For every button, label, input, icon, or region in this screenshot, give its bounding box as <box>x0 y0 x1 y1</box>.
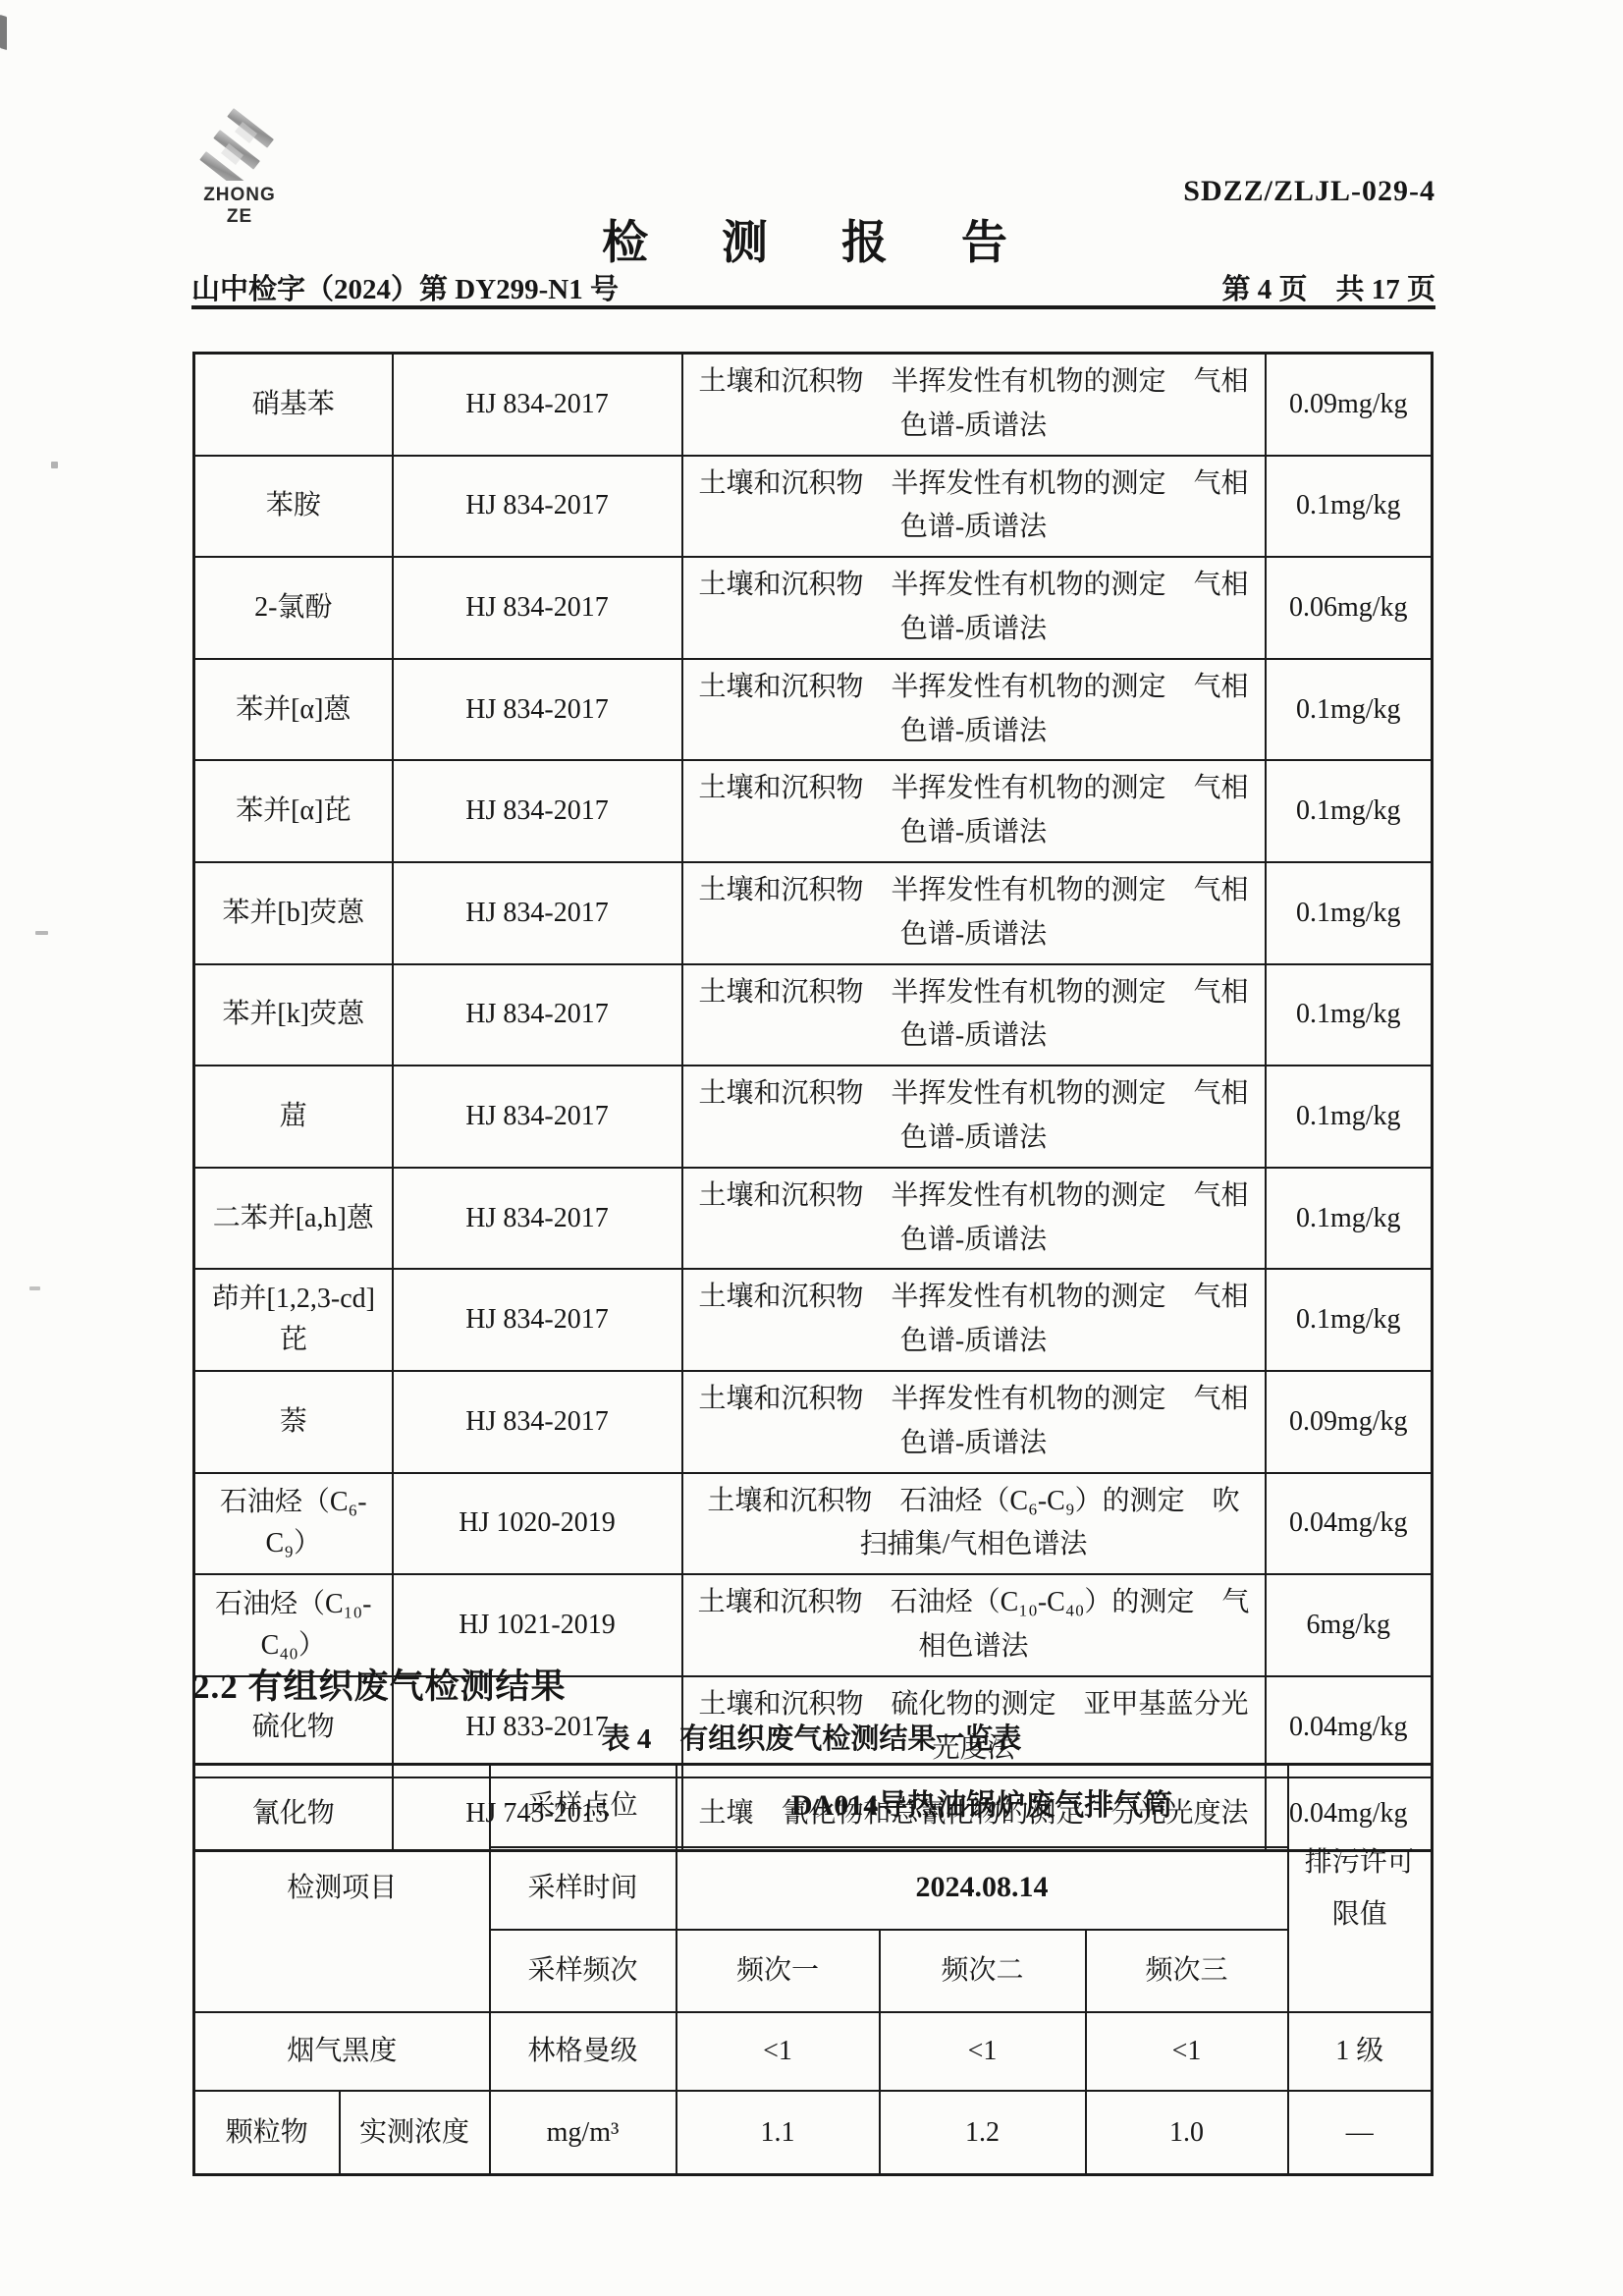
header-rule <box>191 305 1435 309</box>
limit-cell: 0.1mg/kg <box>1266 456 1433 558</box>
method-cell: 土壤和沉积物 半挥发性有机物的测定 气相色谱-质谱法 <box>682 1371 1266 1473</box>
table-row: 硝基苯 HJ 834-2017 土壤和沉积物 半挥发性有机物的测定 气相色谱-质… <box>194 354 1433 456</box>
scan-artifact <box>29 1286 40 1290</box>
document-code: SDZZ/ZLJL-029-4 <box>1183 175 1435 208</box>
analyte-cell: 䓛 <box>194 1066 393 1168</box>
analyte-cell: 2-氯酚 <box>194 557 393 659</box>
permit-limit-header-cell: 排污许可限值 <box>1288 1765 1433 2012</box>
page-indicator: 第 4 页 共 17 页 <box>1221 267 1435 307</box>
method-cell: 土壤和沉积物 半挥发性有机物的测定 气相色谱-质谱法 <box>682 1168 1266 1270</box>
report-meta-row: 山中检字（2024）第 DY299-N1 号 第 4 页 共 17 页 <box>191 267 1435 307</box>
sampling-time-label: 采样时间 <box>490 1847 676 1930</box>
page-title: 检 测 报 告 <box>0 206 1623 272</box>
table-row: 苯并[b]荧蒽 HJ 834-2017 土壤和沉积物 半挥发性有机物的测定 气相… <box>194 862 1433 964</box>
table4-caption: 表 4 有组织废气检测结果一览表 <box>192 1717 1431 1757</box>
table-row: 茚并[1,2,3-cd]芘 HJ 834-2017 土壤和沉积物 半挥发性有机物… <box>194 1269 1433 1371</box>
unit-cell: 林格曼级 <box>490 2012 676 2091</box>
standard-cell: HJ 834-2017 <box>393 456 682 558</box>
table-row: 䓛 HJ 834-2017 土壤和沉积物 半挥发性有机物的测定 气相色谱-质谱法… <box>194 1066 1433 1168</box>
method-cell: 土壤和沉积物 半挥发性有机物的测定 气相色谱-质谱法 <box>682 862 1266 964</box>
standard-cell: HJ 834-2017 <box>393 964 682 1066</box>
emission-results-table: 检测项目 采样点位 DA014导热油锅炉废气排气筒 排污许可限值 采样时间 20… <box>192 1763 1434 2176</box>
item-cell: 颗粒物 <box>194 2091 340 2175</box>
value-cell: <1 <box>880 2012 1086 2091</box>
table-row: 苯胺 HJ 834-2017 土壤和沉积物 半挥发性有机物的测定 气相色谱-质谱… <box>194 456 1433 558</box>
sampling-freq-label: 采样频次 <box>490 1930 676 2012</box>
sampling-time-value: 2024.08.14 <box>676 1847 1288 1930</box>
standard-cell: HJ 834-2017 <box>393 1269 682 1371</box>
limit-cell: 0.06mg/kg <box>1266 557 1433 659</box>
method-cell: 土壤和沉积物 石油烃（C₁₀-C₄₀）的测定 气相色谱法 <box>682 1574 1266 1676</box>
sampling-point-value: DA014导热油锅炉废气排气筒 <box>676 1765 1288 1847</box>
analyte-cell: 苯胺 <box>194 456 393 558</box>
standard-cell: HJ 834-2017 <box>393 1168 682 1270</box>
limit-cell: 0.1mg/kg <box>1266 1269 1433 1371</box>
limit-cell: 6mg/kg <box>1266 1574 1433 1676</box>
sub-item-cell: 实测浓度 <box>340 2091 490 2175</box>
method-cell: 土壤和沉积物 半挥发性有机物的测定 气相色谱-质谱法 <box>682 456 1266 558</box>
value-cell: 1.0 <box>1086 2091 1288 2175</box>
method-cell: 土壤和沉积物 半挥发性有机物的测定 气相色谱-质谱法 <box>682 659 1266 761</box>
report-number: 山中检字（2024）第 DY299-N1 号 <box>191 267 619 307</box>
table-row: 烟气黑度 林格曼级 <1 <1 <1 1 级 <box>194 2012 1433 2091</box>
table-row: 颗粒物 实测浓度 mg/m³ 1.1 1.2 1.0 — <box>194 2091 1433 2175</box>
limit-cell: 0.1mg/kg <box>1266 760 1433 862</box>
method-cell: 土壤和沉积物 半挥发性有机物的测定 气相色谱-质谱法 <box>682 354 1266 456</box>
value-cell: 1.1 <box>676 2091 880 2175</box>
value-cell: <1 <box>1086 2012 1288 2091</box>
scan-artifact <box>51 462 58 468</box>
project-header-cell: 检测项目 <box>194 1765 490 2012</box>
limit-cell: — <box>1288 2091 1433 2175</box>
limit-cell: 0.1mg/kg <box>1266 659 1433 761</box>
method-cell: 土壤和沉积物 半挥发性有机物的测定 气相色谱-质谱法 <box>682 1269 1266 1371</box>
analyte-cell: 茚并[1,2,3-cd]芘 <box>194 1269 393 1371</box>
scan-artifact <box>0 15 7 50</box>
standard-cell: HJ 834-2017 <box>393 862 682 964</box>
standard-cell: HJ 834-2017 <box>393 557 682 659</box>
table-row: 二苯并[a,h]蒽 HJ 834-2017 土壤和沉积物 半挥发性有机物的测定 … <box>194 1168 1433 1270</box>
limit-cell: 0.1mg/kg <box>1266 1168 1433 1270</box>
unit-cell: mg/m³ <box>490 2091 676 2175</box>
limit-cell: 0.04mg/kg <box>1266 1473 1433 1575</box>
analyte-cell: 苯并[α]蒽 <box>194 659 393 761</box>
freq-2-header: 频次二 <box>880 1930 1086 2012</box>
method-cell: 土壤和沉积物 石油烃（C₆-C₉）的测定 吹扫捕集/气相色谱法 <box>682 1473 1266 1575</box>
zhongze-logo-icon <box>198 106 281 181</box>
table-row: 石油烃（C₆-C₉） HJ 1020-2019 土壤和沉积物 石油烃（C₆-C₉… <box>194 1473 1433 1575</box>
standard-cell: HJ 834-2017 <box>393 659 682 761</box>
analyte-cell: 萘 <box>194 1371 393 1473</box>
analyte-cell: 二苯并[a,h]蒽 <box>194 1168 393 1270</box>
table-row: 2-氯酚 HJ 834-2017 土壤和沉积物 半挥发性有机物的测定 气相色谱-… <box>194 557 1433 659</box>
analyte-cell: 苯并[k]荧蒽 <box>194 964 393 1066</box>
report-page: ZHONG ZE SDZZ/ZLJL-029-4 检 测 报 告 山中检字（20… <box>0 0 1623 2296</box>
method-cell: 土壤和沉积物 半挥发性有机物的测定 气相色谱-质谱法 <box>682 1066 1266 1168</box>
table-row: 检测项目 采样点位 DA014导热油锅炉废气排气筒 排污许可限值 <box>194 1765 1433 1847</box>
analyte-cell: 苯并[α]芘 <box>194 760 393 862</box>
method-cell: 土壤和沉积物 半挥发性有机物的测定 气相色谱-质谱法 <box>682 964 1266 1066</box>
analyte-cell: 石油烃（C₆-C₉） <box>194 1473 393 1575</box>
standard-cell: HJ 834-2017 <box>393 354 682 456</box>
table-row: 苯并[α]蒽 HJ 834-2017 土壤和沉积物 半挥发性有机物的测定 气相色… <box>194 659 1433 761</box>
method-table: 硝基苯 HJ 834-2017 土壤和沉积物 半挥发性有机物的测定 气相色谱-质… <box>192 352 1434 1852</box>
limit-cell: 0.1mg/kg <box>1266 964 1433 1066</box>
standard-cell: HJ 834-2017 <box>393 1371 682 1473</box>
freq-1-header: 频次一 <box>676 1930 880 2012</box>
table-row: 苯并[α]芘 HJ 834-2017 土壤和沉积物 半挥发性有机物的测定 气相色… <box>194 760 1433 862</box>
analyte-cell: 苯并[b]荧蒽 <box>194 862 393 964</box>
limit-cell: 0.1mg/kg <box>1266 1066 1433 1168</box>
value-cell: 1.2 <box>880 2091 1086 2175</box>
table-row: 萘 HJ 834-2017 土壤和沉积物 半挥发性有机物的测定 气相色谱-质谱法… <box>194 1371 1433 1473</box>
value-cell: <1 <box>676 2012 880 2091</box>
limit-cell: 0.09mg/kg <box>1266 354 1433 456</box>
section-heading: 2.2 有组织废气检测结果 <box>192 1660 567 1709</box>
scan-artifact <box>35 931 48 935</box>
standard-cell: HJ 834-2017 <box>393 760 682 862</box>
standard-cell: HJ 834-2017 <box>393 1066 682 1168</box>
limit-cell: 0.1mg/kg <box>1266 862 1433 964</box>
freq-3-header: 频次三 <box>1086 1930 1288 2012</box>
method-cell: 土壤和沉积物 半挥发性有机物的测定 气相色谱-质谱法 <box>682 557 1266 659</box>
item-cell: 烟气黑度 <box>194 2012 490 2091</box>
limit-cell: 1 级 <box>1288 2012 1433 2091</box>
table-row: 苯并[k]荧蒽 HJ 834-2017 土壤和沉积物 半挥发性有机物的测定 气相… <box>194 964 1433 1066</box>
sampling-point-label: 采样点位 <box>490 1765 676 1847</box>
standard-cell: HJ 1020-2019 <box>393 1473 682 1575</box>
method-cell: 土壤和沉积物 半挥发性有机物的测定 气相色谱-质谱法 <box>682 760 1266 862</box>
analyte-cell: 硝基苯 <box>194 354 393 456</box>
limit-cell: 0.09mg/kg <box>1266 1371 1433 1473</box>
